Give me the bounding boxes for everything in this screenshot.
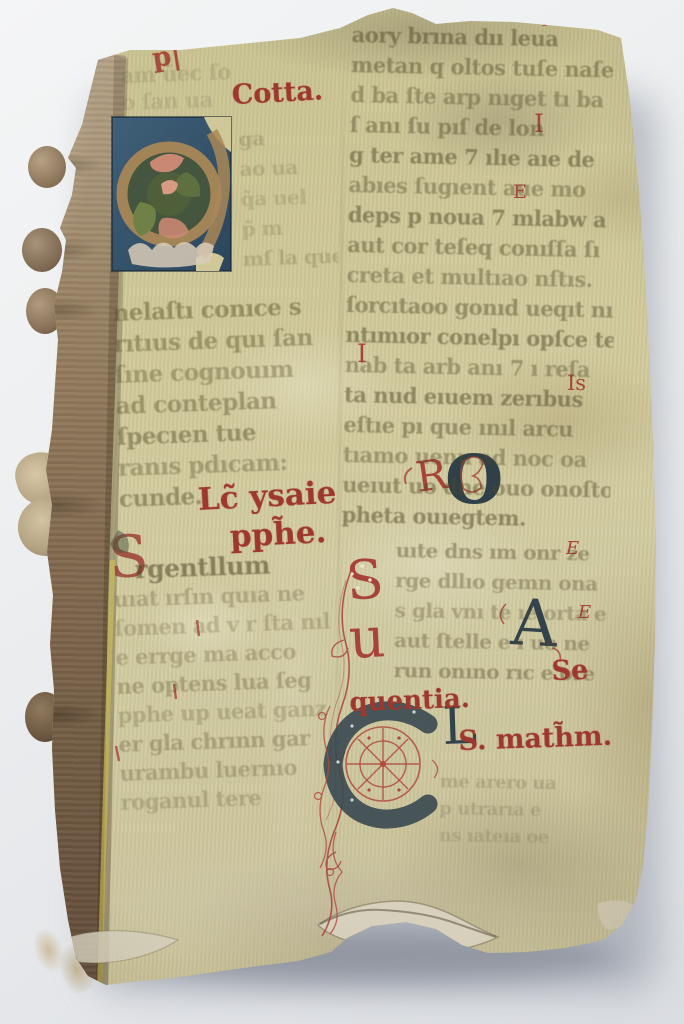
photo-of-manuscript-book: S R O S u <box>0 0 684 1024</box>
edge-vignette <box>0 0 684 1024</box>
book-cover: S R O S u <box>0 0 684 1024</box>
sewing-thong-nub <box>22 228 62 272</box>
sewing-thong-nub <box>28 146 66 188</box>
